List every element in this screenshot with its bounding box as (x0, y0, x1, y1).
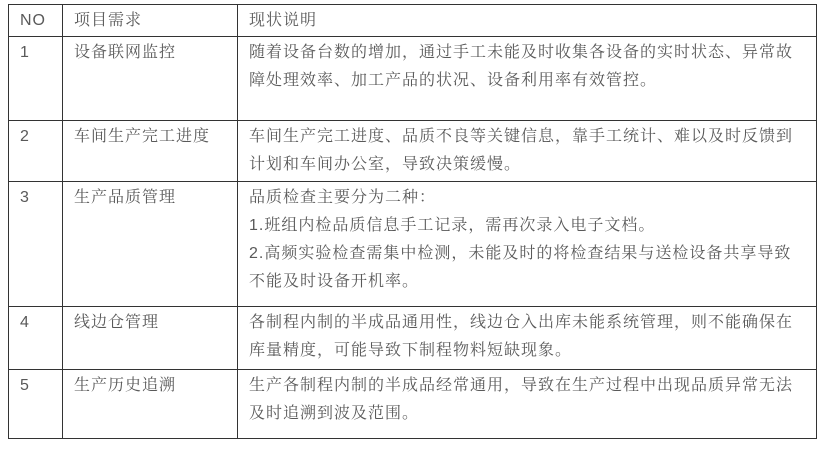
table-body: 1 设备联网监控 随着设备台数的增加，通过手工未能及时收集各设备的实时状态、异常… (9, 37, 817, 439)
cell-status: 品质检查主要分为二种：1.班组内检品质信息手工记录，需再次录入电子文档。2.高频… (238, 182, 817, 307)
table-row: 4 线边仓管理 各制程内制的半成品通用性，线边仓入出库未能系统管理，则不能确保在… (9, 307, 817, 370)
header-row: NO 项目需求 现状说明 (9, 5, 817, 37)
cell-requirement: 设备联网监控 (63, 37, 238, 121)
cell-requirement: 生产历史追溯 (63, 370, 238, 439)
requirements-table: NO 项目需求 现状说明 1 设备联网监控 随着设备台数的增加，通过手工未能及时… (8, 4, 817, 439)
cell-no: 3 (9, 182, 63, 307)
table-row: 3 生产品质管理 品质检查主要分为二种：1.班组内检品质信息手工记录，需再次录入… (9, 182, 817, 307)
status-paragraph: 各制程内制的半成品通用性，线边仓入出库未能系统管理，则不能确保在库量精度，可能导… (249, 309, 808, 365)
cell-requirement: 车间生产完工进度 (63, 121, 238, 182)
cell-status: 随着设备台数的增加，通过手工未能及时收集各设备的实时状态、异常故障处理效率、加工… (238, 37, 817, 121)
table-row: 5 生产历史追溯 生产各制程内制的半成品经常通用，导致在生产过程中出现品质异常无… (9, 370, 817, 439)
table-row: 1 设备联网监控 随着设备台数的增加，通过手工未能及时收集各设备的实时状态、异常… (9, 37, 817, 121)
cell-no: 1 (9, 37, 63, 121)
status-paragraph: 生产各制程内制的半成品经常通用，导致在生产过程中出现品质异常无法及时追溯到波及范… (249, 372, 808, 428)
status-paragraph: 车间生产完工进度、品质不良等关键信息，靠手工统计、难以及时反馈到计划和车间办公室… (249, 123, 808, 179)
cell-no: 5 (9, 370, 63, 439)
header-col-status: 现状说明 (238, 5, 817, 37)
cell-requirement: 生产品质管理 (63, 182, 238, 307)
table-row: 2 车间生产完工进度 车间生产完工进度、品质不良等关键信息，靠手工统计、难以及时… (9, 121, 817, 182)
status-paragraph: 1.班组内检品质信息手工记录，需再次录入电子文档。 (249, 212, 808, 240)
cell-status: 车间生产完工进度、品质不良等关键信息，靠手工统计、难以及时反馈到计划和车间办公室… (238, 121, 817, 182)
header-col-no: NO (9, 5, 63, 37)
cell-status: 各制程内制的半成品通用性，线边仓入出库未能系统管理，则不能确保在库量精度，可能导… (238, 307, 817, 370)
header-col-requirement: 项目需求 (63, 5, 238, 37)
cell-no: 4 (9, 307, 63, 370)
table-header: NO 项目需求 现状说明 (9, 5, 817, 37)
requirements-table-container: NO 项目需求 现状说明 1 设备联网监控 随着设备台数的增加，通过手工未能及时… (8, 4, 817, 439)
cell-status: 生产各制程内制的半成品经常通用，导致在生产过程中出现品质异常无法及时追溯到波及范… (238, 370, 817, 439)
status-paragraph: 随着设备台数的增加，通过手工未能及时收集各设备的实时状态、异常故障处理效率、加工… (249, 39, 808, 95)
cell-no: 2 (9, 121, 63, 182)
cell-requirement: 线边仓管理 (63, 307, 238, 370)
status-paragraph: 品质检查主要分为二种： (249, 184, 808, 212)
status-paragraph: 2.高频实验检查需集中检测，未能及时的将检查结果与送检设备共享导致不能及时设备开… (249, 240, 808, 296)
